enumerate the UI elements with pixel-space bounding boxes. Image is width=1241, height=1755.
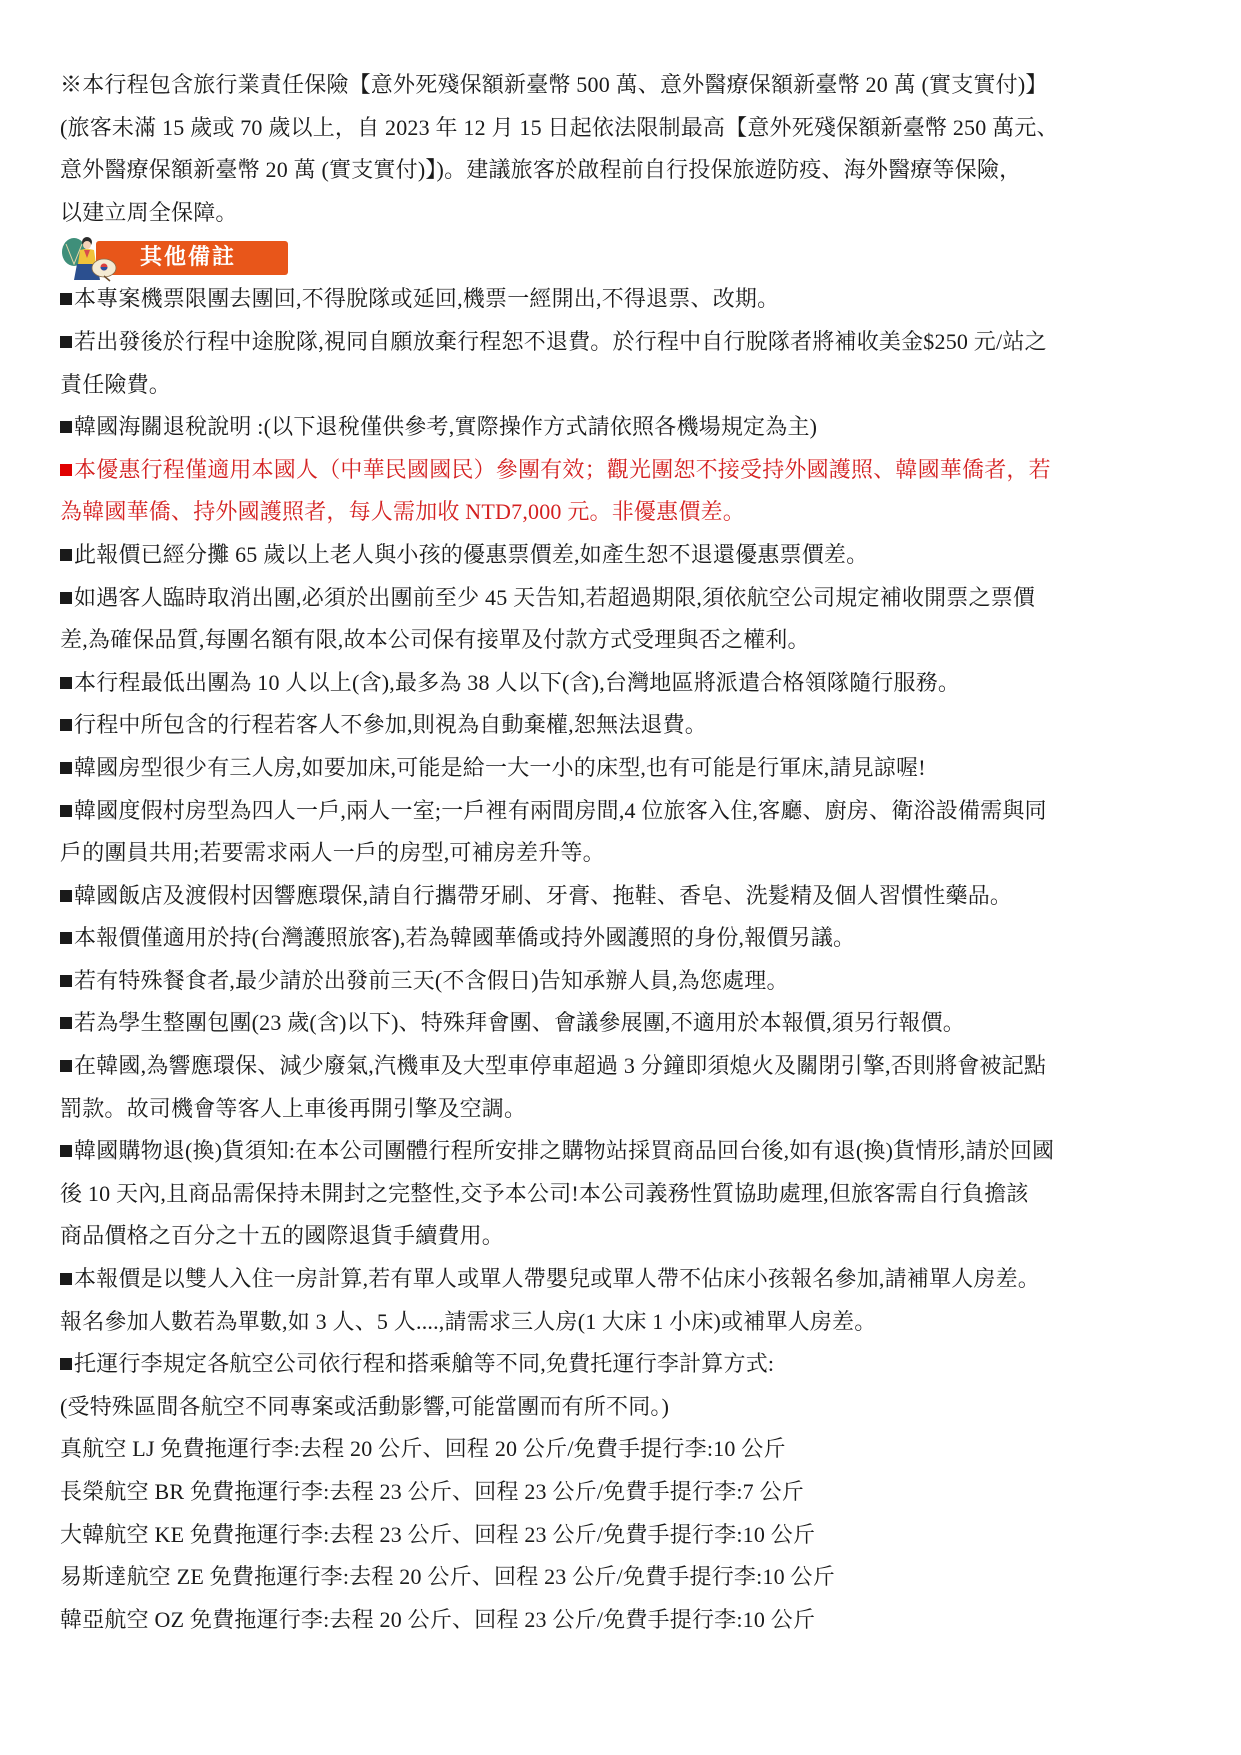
- insurance-line: 以建立周全保障。: [60, 192, 1190, 235]
- square-bullet-icon: [60, 762, 72, 774]
- square-bullet-icon: [60, 677, 72, 689]
- baggage-airline-oz: 韓亞航空 OZ 免費拖運行李:去程 20 公斤、回程 23 公斤/免費手提行李:…: [60, 1599, 1190, 1642]
- note-item-continuation: 報名參加人數若為單數,如 3 人、5 人....,請需求三人房(1 大床 1 小…: [60, 1301, 1190, 1344]
- square-bullet-icon: [60, 1273, 72, 1285]
- note-item: 韓國房型很少有三人房,如要加床,可能是給一大一小的床型,也有可能是行軍床,請見諒…: [60, 747, 1190, 790]
- insurance-line: (旅客未滿 15 歲或 70 歲以上，自 2023 年 12 月 15 日起依法…: [60, 107, 1190, 150]
- square-bullet-icon: [60, 932, 72, 944]
- square-bullet-icon: [60, 293, 72, 305]
- square-bullet-icon: [60, 890, 72, 902]
- note-item: 本報價是以雙人入住一房計算,若有單人或單人帶嬰兒或單人帶不佔床小孩報名參加,請補…: [60, 1258, 1190, 1301]
- note-item: 在韓國,為響應環保、減少廢氣,汽機車及大型車停車超過 3 分鐘即須熄火及關閉引擎…: [60, 1045, 1190, 1088]
- baggage-allowance: (受特殊區間各航空不同專案或活動影響,可能當團而有所不同。) 真航空 LJ 免費…: [60, 1386, 1190, 1642]
- note-item-continuation: 後 10 天內,且商品需保持未開封之完整性,交予本公司!本公司義務性質協助處理,…: [60, 1173, 1190, 1216]
- note-item: 韓國海關退稅說明 :(以下退稅僅供參考,實際操作方式請依照各機場規定為主): [60, 406, 1190, 449]
- note-item: 若有特殊餐食者,最少請於出發前三天(不含假日)告知承辦人員,為您處理。: [60, 960, 1190, 1003]
- notes-list: 本專案機票限團去團回,不得脫隊或延回,機票一經開出,不得退票、改期。 若出發後於…: [60, 278, 1190, 1385]
- note-item-continuation: 罰款。故司機會等客人上車後再開引擎及空調。: [60, 1088, 1190, 1131]
- square-bullet-icon: [60, 719, 72, 731]
- note-item: 本報價僅適用於持(台灣護照旅客),若為韓國華僑或持外國護照的身份,報價另議。: [60, 917, 1190, 960]
- document-page: ※本行程包含旅行業責任保險【意外死殘保額新臺幣 500 萬、意外醫療保額新臺幣 …: [60, 64, 1190, 1641]
- section-title: 其他備註: [140, 243, 236, 273]
- note-item: 此報價已經分攤 65 歲以上老人與小孩的優惠票價差,如產生恕不退還優惠票價差。: [60, 534, 1190, 577]
- note-item: 韓國購物退(換)貨須知:在本公司團體行程所安排之購物站採買商品回台後,如有退(換…: [60, 1130, 1190, 1173]
- square-bullet-icon: [60, 549, 72, 561]
- square-bullet-icon: [60, 1060, 72, 1072]
- note-item-continuation: 責任險費。: [60, 364, 1190, 407]
- baggage-remark: (受特殊區間各航空不同專案或活動影響,可能當團而有所不同。): [60, 1386, 1190, 1429]
- note-item: 托運行李規定各航空公司依行程和搭乘艙等不同,免費托運行李計算方式:: [60, 1343, 1190, 1386]
- square-bullet-icon: [60, 336, 72, 348]
- square-bullet-icon: [60, 592, 72, 604]
- note-item: 若出發後於行程中途脫隊,視同自願放棄行程恕不退費。於行程中自行脫隊者將補收美金$…: [60, 321, 1190, 364]
- insurance-line: 意外醫療保額新臺幣 20 萬 (實支實付)】)。建議旅客於啟程前自行投保旅遊防疫…: [60, 149, 1190, 192]
- baggage-airline-ze: 易斯達航空 ZE 免費拖運行李:去程 20 公斤、回程 23 公斤/免費手提行李…: [60, 1556, 1190, 1599]
- baggage-airline-br: 長榮航空 BR 免費拖運行李:去程 23 公斤、回程 23 公斤/免費手提行李:…: [60, 1471, 1190, 1514]
- insurance-line: ※本行程包含旅行業責任保險【意外死殘保額新臺幣 500 萬、意外醫療保額新臺幣 …: [60, 64, 1190, 107]
- note-item-highlight: 本優惠行程僅適用本國人（中華民國國民）參團有效；觀光團恕不接受持外國護照、韓國華…: [60, 449, 1190, 492]
- square-bullet-icon: [60, 805, 72, 817]
- note-item: 行程中所包含的行程若客人不參加,則視為自動棄權,恕無法退費。: [60, 704, 1190, 747]
- square-bullet-icon: [60, 464, 72, 476]
- square-bullet-icon: [60, 1017, 72, 1029]
- hanbok-woman-with-fan-icon: [60, 234, 120, 282]
- note-item: 本行程最低出團為 10 人以上(含),最多為 38 人以下(含),台灣地區將派遣…: [60, 662, 1190, 705]
- note-item-continuation: 差,為確保品質,每團名額有限,故本公司保有接單及付款方式受理與否之權利。: [60, 619, 1190, 662]
- note-item: 如遇客人臨時取消出團,必須於出團前至少 45 天告知,若超過期限,須依航空公司規…: [60, 577, 1190, 620]
- note-item: 若為學生整團包團(23 歲(含)以下)、特殊拜會團、會議參展團,不適用於本報價,…: [60, 1002, 1190, 1045]
- baggage-airline-ke: 大韓航空 KE 免費拖運行李:去程 23 公斤、回程 23 公斤/免費手提行李:…: [60, 1514, 1190, 1557]
- square-bullet-icon: [60, 1358, 72, 1370]
- note-item: 韓國飯店及渡假村因響應環保,請自行攜帶牙刷、牙膏、拖鞋、香皂、洗髮精及個人習慣性…: [60, 875, 1190, 918]
- note-item-continuation: 為韓國華僑、持外國護照者，每人需加收 NTD7,000 元。非優惠價差。: [60, 491, 1190, 534]
- square-bullet-icon: [60, 421, 72, 433]
- note-item-continuation: 商品價格之百分之十五的國際退貨手續費用。: [60, 1215, 1190, 1258]
- baggage-airline-lj: 真航空 LJ 免費拖運行李:去程 20 公斤、回程 20 公斤/免費手提行李:1…: [60, 1428, 1190, 1471]
- square-bullet-icon: [60, 975, 72, 987]
- note-item: 韓國度假村房型為四人一戶,兩人一室;一戶裡有兩間房間,4 位旅客入住,客廳、廚房…: [60, 790, 1190, 833]
- square-bullet-icon: [60, 1145, 72, 1157]
- insurance-note: ※本行程包含旅行業責任保險【意外死殘保額新臺幣 500 萬、意外醫療保額新臺幣 …: [60, 64, 1190, 234]
- note-item-continuation: 戶的團員共用;若要需求兩人一戶的房型,可補房差升等。: [60, 832, 1190, 875]
- note-item: 本專案機票限團去團回,不得脫隊或延回,機票一經開出,不得退票、改期。: [60, 278, 1190, 321]
- section-header-other-notes: 其他備註: [60, 234, 1190, 278]
